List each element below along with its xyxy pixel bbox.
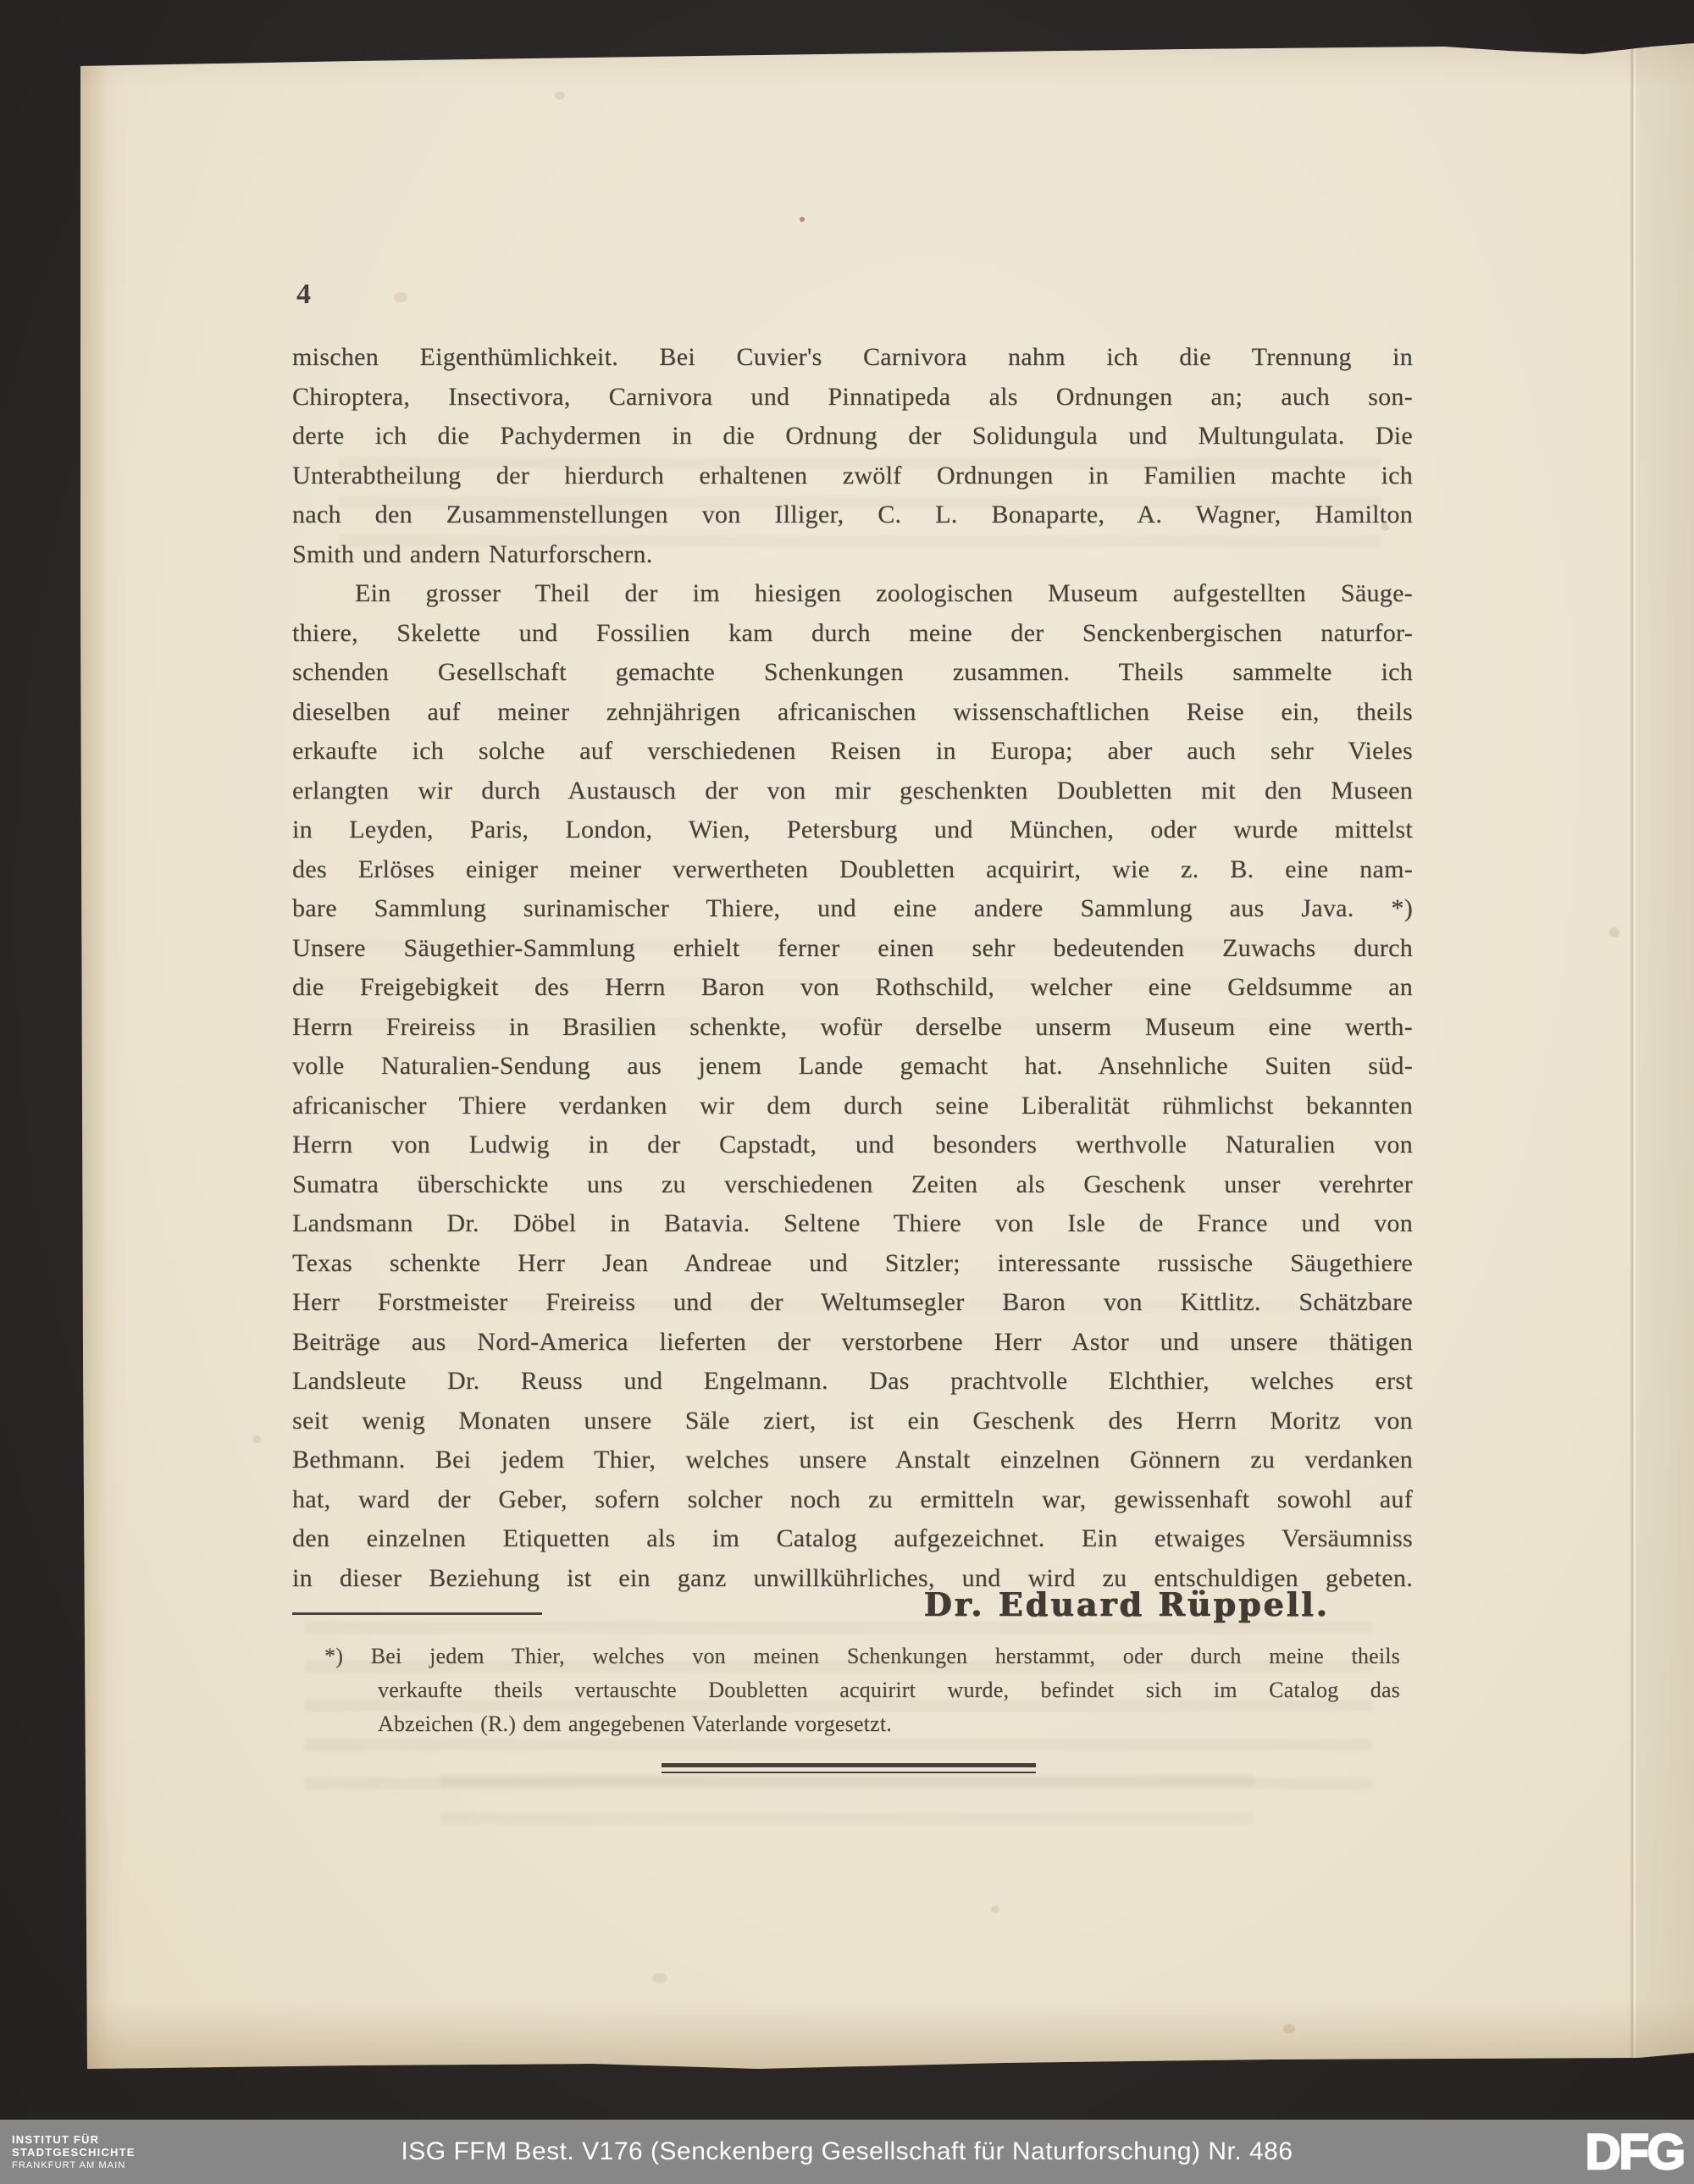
foxing-spot <box>1283 2024 1295 2033</box>
text-line: Herrn Freireiss in Brasilien schenkte, w… <box>292 1008 1413 1048</box>
text-line: Abzeichen (R.) dem angegebenen Vaterland… <box>378 1707 1400 1741</box>
text-line: des Erlöses einiger meiner verwertheten … <box>292 850 1413 890</box>
text-line: erkaufte ich solche auf verschiedenen Re… <box>292 732 1413 771</box>
text-line: Bethmann. Bei jedem Thier, welches unser… <box>292 1440 1413 1480</box>
text-line: seit wenig Monaten unsere Säle ziert, is… <box>292 1402 1413 1441</box>
dfg-logo: DFG <box>1586 2120 1684 2184</box>
foxing-spot <box>652 1973 667 1983</box>
text-line: Smith und andern Naturforschern. <box>292 535 1413 575</box>
text-line: Beiträge aus Nord-America lieferten der … <box>292 1323 1413 1363</box>
text-line: Unsere Säugethier-Sammlung erhielt ferne… <box>292 929 1413 969</box>
archive-reference-label: ISG FFM Best. V176 (Senckenberg Gesellsc… <box>0 2120 1694 2184</box>
text-line: dieselben auf meiner zehnjährigen africa… <box>292 693 1413 733</box>
page-number: 4 <box>296 278 312 312</box>
foxing-spot <box>800 217 805 222</box>
text-line: africanischer Thiere verdanken wir dem d… <box>292 1086 1413 1126</box>
author-signature: Dr. Eduard Rüppell. <box>872 1585 1381 1624</box>
text-line: Herr Forstmeister Freireiss und der Welt… <box>292 1283 1413 1323</box>
foxing-spot <box>252 1435 261 1443</box>
text-line: Unterabtheilung der hierdurch erhaltenen… <box>292 456 1413 496</box>
text-line: mischen Eigenthümlichkeit. Bei Cuvier's … <box>292 338 1413 378</box>
text-line: Ein grosser Theil der im hiesigen zoolog… <box>292 574 1413 614</box>
text-line: bare Sammlung surinamischer Thiere, und … <box>292 889 1413 929</box>
footnote: *) Bei jedem Thier, welches von meinen S… <box>324 1639 1400 1741</box>
text-line: Texas schenkte Herr Jean Andreae und Sit… <box>292 1244 1413 1284</box>
text-line: derte ich die Pachydermen in die Ordnung… <box>292 417 1413 456</box>
scanned-page: 4 mischen Eigenthümlichkeit. Bei Cuvier'… <box>0 0 1694 2184</box>
text-line: Landsmann Dr. Döbel in Batavia. Seltene … <box>292 1204 1413 1244</box>
text-line: verkaufte theils vertauschte Doubletten … <box>378 1673 1400 1707</box>
text-line: Sumatra überschickte uns zu verschiedene… <box>292 1165 1413 1205</box>
scan-viewport: 4 mischen Eigenthümlichkeit. Bei Cuvier'… <box>0 0 1694 2184</box>
text-line: thiere, Skelette und Fossilien kam durch… <box>292 614 1413 654</box>
foxing-spot <box>555 91 565 100</box>
text-line: Landsleute Dr. Reuss und Engelmann. Das … <box>292 1362 1413 1402</box>
text-line: in Leyden, Paris, London, Wien, Petersbu… <box>292 810 1413 850</box>
paragraph: Ein grosser Theil der im hiesigen zoolog… <box>292 574 1413 1598</box>
text-line: die Freigebigkeit des Herrn Baron von Ro… <box>292 968 1413 1008</box>
text-line: nach den Zusammenstellungen von Illiger,… <box>292 495 1413 535</box>
text-line: Chiroptera, Insectivora, Carnivora und P… <box>292 378 1413 417</box>
text-line: den einzelnen Etiquetten als im Catalog … <box>292 1519 1413 1559</box>
section-end-rule <box>662 1763 1036 1773</box>
bleedthrough-smudge <box>440 1774 1254 1825</box>
text-line: volle Naturalien-Sendung aus jenem Lande… <box>292 1047 1413 1086</box>
foxing-spot <box>991 1905 999 1913</box>
foxing-spot <box>394 292 407 302</box>
page-right-fold-region <box>1636 42 1694 2058</box>
text-line: schenden Gesellschaft gemachte Schenkung… <box>292 653 1413 693</box>
text-line: erlangten wir durch Austausch der von mi… <box>292 771 1413 811</box>
page-fold-crease <box>1630 47 1636 2059</box>
body-text: mischen Eigenthümlichkeit. Bei Cuvier's … <box>292 338 1413 1598</box>
footer-bar: INSTITUT FÜR STADTGESCHICHTE FRANKFURT A… <box>0 2120 1694 2184</box>
foxing-spot <box>1609 927 1619 937</box>
text-line: Herrn von Ludwig in der Capstadt, und be… <box>292 1125 1413 1165</box>
footnote-separator-rule <box>292 1612 542 1615</box>
paragraph: mischen Eigenthümlichkeit. Bei Cuvier's … <box>292 338 1413 574</box>
text-line: hat, ward der Geber, sofern solcher noch… <box>292 1480 1413 1520</box>
text-line: *) Bei jedem Thier, welches von meinen S… <box>324 1639 1400 1673</box>
